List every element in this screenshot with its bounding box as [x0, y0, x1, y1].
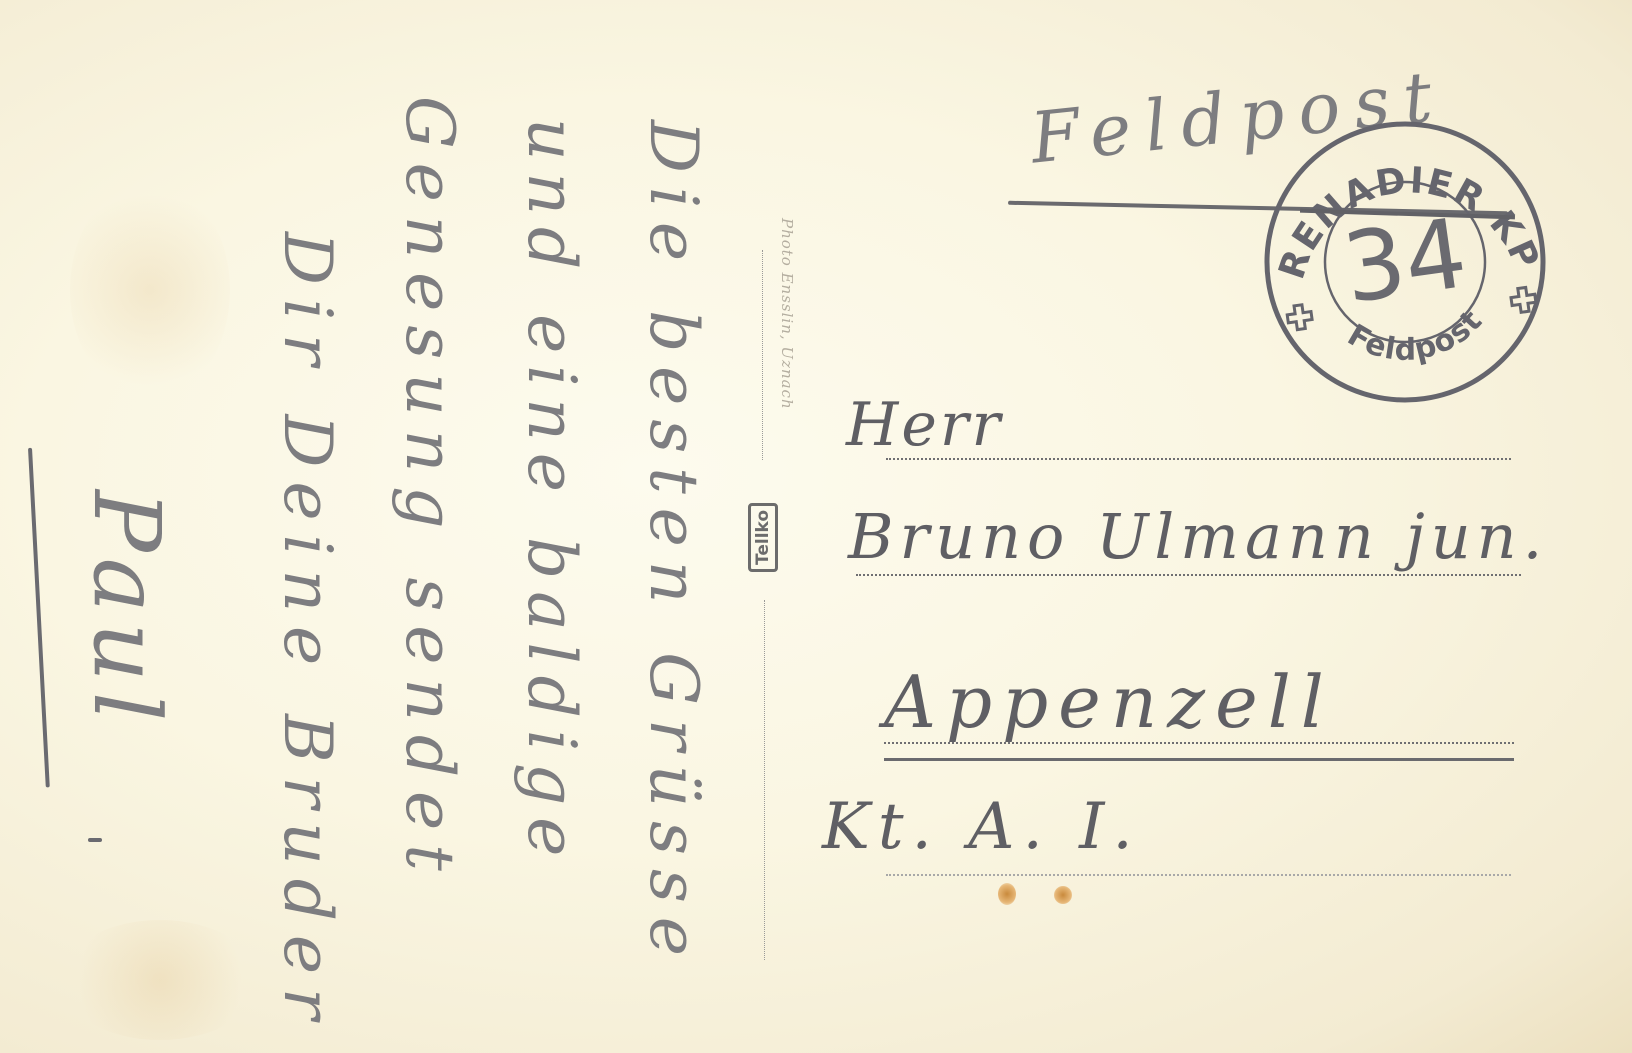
- center-divider: [764, 600, 765, 960]
- foxing-stain: [70, 180, 230, 400]
- message-line: Dir Deine Bruder: [269, 232, 346, 1034]
- signature-underline: [28, 448, 50, 788]
- address-underline: [884, 758, 1514, 761]
- address-line-2: [856, 574, 1521, 576]
- address-name: Bruno Ulmann jun.: [848, 500, 1548, 573]
- address-line-1: [886, 458, 1511, 460]
- foxing-stain: [1054, 886, 1072, 904]
- message-line: und eine baldige: [513, 118, 590, 868]
- postmark-stamp: GRENADIER KP. Feldpost 34: [1255, 112, 1555, 412]
- address-canton: Kt. A. I.: [822, 790, 1141, 864]
- address-line-3: [884, 742, 1514, 744]
- publisher-logo: Tellko: [748, 503, 778, 572]
- foxing-stain: [998, 883, 1016, 905]
- address-town: Appenzell: [884, 660, 1334, 744]
- center-divider: [762, 250, 763, 460]
- swiss-cross-icon: [1286, 304, 1313, 331]
- foxing-stain: [60, 920, 260, 1040]
- message-signature: Paul: [73, 490, 180, 731]
- address-line-4: [886, 874, 1511, 876]
- pencil-dot: [88, 838, 102, 842]
- address-salutation: Herr: [846, 390, 1003, 460]
- message-line: Die besten Grüsse: [635, 120, 712, 970]
- publisher-imprint: Photo Ensslin, Uznach: [778, 218, 796, 410]
- postcard: Photo Ensslin, Uznach Tellko Feldpost GR…: [0, 0, 1632, 1053]
- message-line: Genesung sendet: [391, 96, 468, 885]
